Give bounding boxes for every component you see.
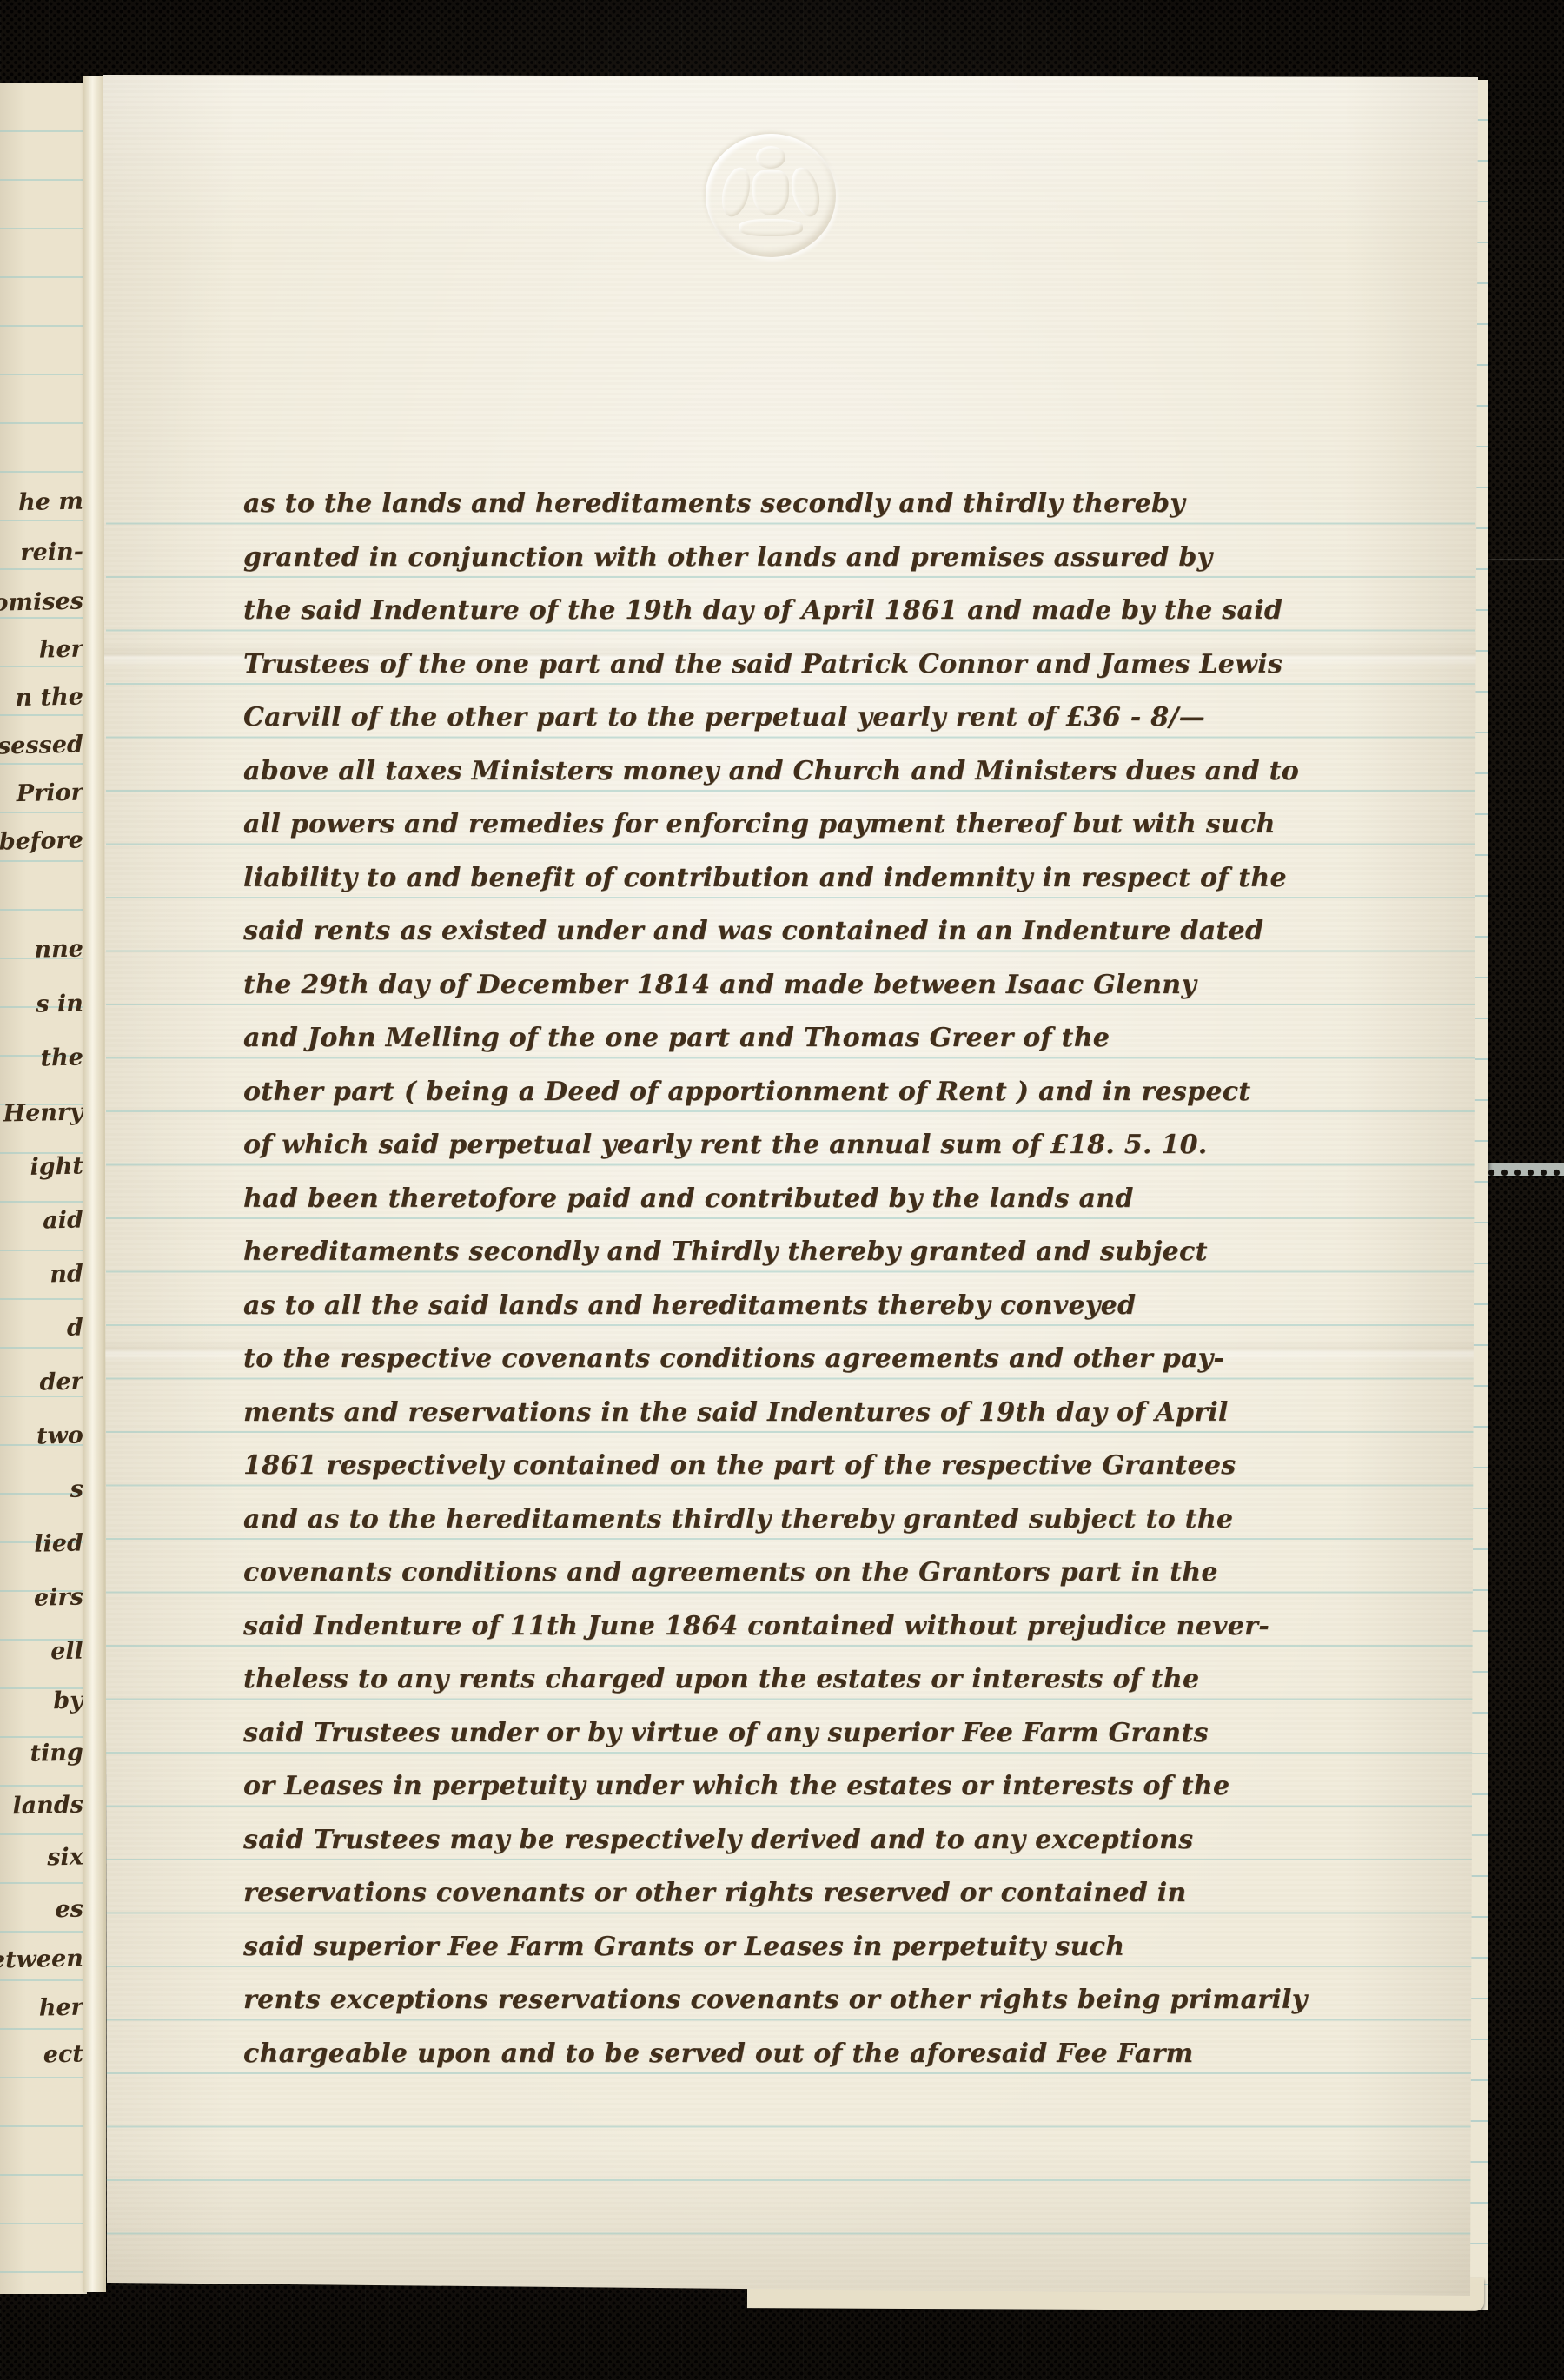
previous-page-fragment: Prior [0,779,83,820]
handwritten-line: as to the lands and hereditaments second… [243,478,1446,532]
previous-page-fragment: nne [0,936,83,977]
seal-scroll-icon [739,219,803,236]
embossed-seal [706,134,836,257]
handwritten-line: reservations covenants or other rights r… [243,1867,1446,1921]
previous-page-fragment: der [0,1369,83,1409]
previous-page-fragment: s [0,1476,83,1517]
handwritten-text: as to the lands and hereditaments second… [243,478,1446,2081]
handwritten-line: the 29th day of December 1814 and made b… [243,959,1446,1013]
previous-page-fragment: by [0,1687,83,1728]
previous-page-fragment: he m [0,488,83,529]
handwritten-line: of which said perpetual yearly rent the … [243,1119,1446,1173]
previous-page-fragment: lied [0,1530,83,1571]
handwritten-line: said Trustees may be respectively derive… [243,1814,1446,1868]
previous-page-fragment: between [0,1946,83,1986]
page-fold-edge [83,76,106,2292]
handwritten-line: said Indenture of 11th June 1864 contain… [243,1601,1446,1654]
handwritten-line: above all taxes Ministers money and Chur… [243,746,1446,799]
handwritten-line: Carvill of the other part to the perpetu… [243,692,1446,746]
previous-page-fragment: es [0,1896,83,1937]
previous-page-fragment: six [0,1844,83,1885]
previous-page-fragment: ting [0,1740,83,1780]
mat-scratch [1488,559,1564,560]
previous-page-fragment: aid [0,1207,83,1248]
previous-page-fragment: ssessed [0,732,83,772]
handwritten-line: as to all the said lands and hereditamen… [243,1280,1446,1334]
handwritten-line: hereditaments secondly and Thirdly there… [243,1226,1446,1280]
photograph-stage: he mrein-omiseshern thessessedPriorbefor… [0,0,1564,2380]
previous-page-fragment: Henry [0,1099,83,1140]
document-page: as to the lands and hereditaments second… [97,70,1482,2299]
handwritten-line: had been theretofore paid and contribute… [243,1173,1446,1227]
handwritten-line: or Leases in perpetuity under which the … [243,1760,1446,1814]
handwritten-line: Trustees of the one part and the said Pa… [243,639,1446,693]
previous-page-fragment: the [0,1044,83,1085]
seal-unicorn-icon [786,164,824,220]
handwritten-line: said superior Fee Farm Grants or Leases … [243,1921,1446,1975]
seal-shield-icon [752,170,789,215]
handwritten-line: granted in conjunction with other lands … [243,532,1446,586]
handwritten-line: to the respective covenants conditions a… [243,1333,1446,1387]
previous-page-fragment: ect [0,2041,83,2082]
previous-page-fragment: s in [0,991,83,1031]
handwritten-line: the said Indenture of the 19th day of Ap… [243,585,1446,639]
previous-page-fragment: n the [0,684,83,725]
handwritten-line: ments and reservations in the said Inden… [243,1387,1446,1441]
previous-page-fragment: d [0,1315,83,1356]
handwritten-line: other part ( being a Deed of apportionme… [243,1066,1446,1120]
previous-page-fragment: her [0,636,83,677]
handwritten-line: 1861 respectively contained on the part … [243,1440,1446,1494]
handwritten-line: and as to the hereditaments thirdly ther… [243,1494,1446,1548]
handwritten-line: all powers and remedies for enforcing pa… [243,799,1446,852]
seal-lion-icon [717,164,754,220]
handwritten-line: liability to and benefit of contribution… [243,852,1446,906]
previous-page-fragment: eirs [0,1584,83,1625]
handwritten-line: said rents as existed under and was cont… [243,905,1446,959]
gray-dotted-strip [1481,1163,1564,1176]
previous-page-fragment: ight [0,1153,83,1194]
previous-page-fragment: omises [0,588,83,629]
handwritten-line: said Trustees under or by virtue of any … [243,1707,1446,1761]
previous-page-fragment: before [0,827,83,868]
previous-page-fragment: her [0,1994,83,2035]
previous-page-edge: he mrein-omiseshern thessessedPriorbefor… [0,83,87,2294]
handwritten-line: theless to any rents charged upon the es… [243,1654,1446,1707]
handwritten-line: chargeable upon and to be served out of … [243,2028,1446,2082]
handwritten-line: rents exceptions reservations covenants … [243,1974,1446,2028]
previous-page-fragment: rein- [0,539,83,580]
previous-page-fragment: lands [0,1792,83,1833]
previous-page-fragment: two [0,1422,83,1463]
seal-crown-icon [756,146,785,169]
previous-page-fragment: nd [0,1261,83,1302]
handwritten-line: and John Melling of the one part and Tho… [243,1012,1446,1066]
handwritten-line: covenants conditions and agreements on t… [243,1547,1446,1601]
previous-page-fragment: ell [0,1638,83,1679]
